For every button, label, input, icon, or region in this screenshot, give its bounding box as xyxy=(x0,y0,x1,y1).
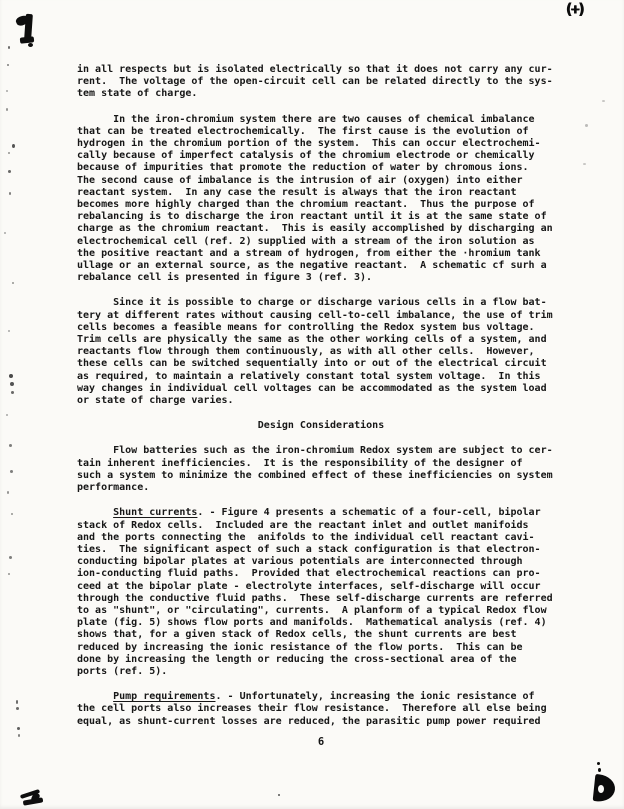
page-number: 6 xyxy=(77,736,565,748)
text-line: ceed at the bipolar plate - electrolyte … xyxy=(77,581,565,593)
ink-speck xyxy=(6,90,8,92)
paragraph: Shunt currents. - Figure 4 presents a sc… xyxy=(77,507,565,678)
ink-speck xyxy=(9,192,11,195)
text-line: cally because of imperfect catalysis of … xyxy=(77,150,565,162)
ink-speck xyxy=(6,108,8,111)
ink-speck xyxy=(4,232,6,234)
ink-speck xyxy=(12,282,14,284)
ink-speck xyxy=(8,46,10,49)
paragraph: Pump requirements. - Unfortunately, incr… xyxy=(77,691,565,728)
section-heading: Design Considerations xyxy=(77,420,565,432)
ink-mark-bottom-right xyxy=(593,762,619,802)
paragraph: in all respects but is isolated electric… xyxy=(77,64,565,101)
ink-speck xyxy=(6,414,8,416)
ink-mark-bottom-left xyxy=(20,790,48,807)
underlined-run: Pump requirements xyxy=(113,691,215,702)
ink-speck xyxy=(11,513,13,515)
ink-speck xyxy=(10,382,14,386)
ink-speck xyxy=(8,170,11,173)
text-line: such a system to minimize the combined e… xyxy=(77,470,565,482)
ink-highlight xyxy=(598,785,604,793)
text-line: reactants flow through them continuously… xyxy=(77,346,565,358)
text-line: ion-conducting fluid paths. Provided tha… xyxy=(77,568,565,580)
text-line: rent. The voltage of the open-circuit ce… xyxy=(77,76,565,88)
ink-speck xyxy=(7,64,9,66)
text-line: tain inherent inefficiencies. It is the … xyxy=(77,458,565,470)
text-line: hydrogen in the chromium portion of the … xyxy=(77,138,565,150)
scanned-document-page: (+) in all respects but is isolated elec… xyxy=(0,0,624,809)
ink-speck xyxy=(12,144,15,148)
text-line: becomes more highly charged than the chr… xyxy=(77,199,565,211)
text-line: cells becomes a feasible means for contr… xyxy=(77,322,565,334)
text-line: ports (ref. 5). xyxy=(77,666,565,678)
text-line: In the iron-chromium system there are tw… xyxy=(77,114,565,126)
text-line: the cell ports also increases their flow… xyxy=(77,703,565,715)
ink-speck xyxy=(8,573,10,575)
text-line: Flow batteries such as the iron-chromium… xyxy=(77,445,565,457)
text-line: rebalancing is to discharge the iron rea… xyxy=(77,211,565,223)
text-line: done by increasing the length or reducin… xyxy=(77,654,565,666)
ink-speck xyxy=(583,163,586,165)
text-line: as required, to maintain a relatively co… xyxy=(77,371,565,383)
ink-speck xyxy=(7,491,9,494)
text-line: ullage or an external source, as the neg… xyxy=(77,260,565,272)
text-line: or state of charge varies. xyxy=(77,395,565,407)
ink-speck xyxy=(10,470,13,473)
text-line: The second cause of imbalance is the int… xyxy=(77,175,565,187)
text-line: Since it is possible to charge or discha… xyxy=(77,297,565,309)
ink-speck xyxy=(602,100,605,102)
text-line: ties. The significant aspect of such a s… xyxy=(77,544,565,556)
ink-dot xyxy=(598,768,601,772)
text-line: reduced by increasing the ionic resistan… xyxy=(77,642,565,654)
text-line: the positive reactant and a stream of hy… xyxy=(77,248,565,260)
text-line: Pump requirements. - Unfortunately, incr… xyxy=(77,691,565,703)
ink-dot xyxy=(597,762,600,765)
text-line: to as "shunt", or "circulating", current… xyxy=(77,605,565,617)
text-line: Shunt currents. - Figure 4 presents a sc… xyxy=(77,507,565,519)
text-line: conducting bipolar plates at various pot… xyxy=(77,556,565,568)
ink-speck xyxy=(11,391,14,394)
ink-speck xyxy=(9,444,12,447)
ink-speck xyxy=(17,727,20,730)
text-line: electrochemical cell (ref. 2) supplied w… xyxy=(77,236,565,248)
ink-speck xyxy=(8,152,10,154)
ink-speck xyxy=(18,734,20,737)
text-line: plate (fig. 5) shows flow ports and mani… xyxy=(77,617,565,629)
ink-stroke xyxy=(593,774,617,803)
text-line: through the conductive fluid paths. Thes… xyxy=(77,593,565,605)
text-block: in all respects but is isolated electric… xyxy=(77,64,565,741)
ink-speck xyxy=(9,556,12,559)
text-line: rebalance cell is presented in figure 3 … xyxy=(77,272,565,284)
ink-speck xyxy=(16,707,19,710)
ink-dot xyxy=(28,43,33,47)
text-line: equal, as shunt-current losses are reduc… xyxy=(77,716,565,728)
text-line: way changes in individual cell voltages … xyxy=(77,383,565,395)
paragraph: Since it is possible to charge or discha… xyxy=(77,297,565,407)
text-line: these cells can be switched sequentially… xyxy=(77,358,565,370)
underlined-run: Shunt currents xyxy=(113,507,197,518)
paragraph: Flow batteries such as the iron-chromium… xyxy=(77,445,565,494)
text-line: stack of Redox cells. Included are the r… xyxy=(77,520,565,532)
ink-speck xyxy=(585,124,588,127)
ink-speck xyxy=(16,700,18,704)
ink-speck xyxy=(278,794,280,796)
text-line: because of impurities that promote the r… xyxy=(77,162,565,174)
ink-speck xyxy=(9,374,13,378)
corner-stamp: (+) xyxy=(565,2,584,19)
text-line: Trim cells are physically the same as th… xyxy=(77,334,565,346)
text-line: shows that, for a given stack of Redox c… xyxy=(77,629,565,641)
text-line: reactant system. In any case the result … xyxy=(77,187,565,199)
text-line: tem state of charge. xyxy=(77,88,565,100)
text-line: performance. xyxy=(77,482,565,494)
paragraph: In the iron-chromium system there are tw… xyxy=(77,114,565,285)
text-line: and the ports connecting the anifolds to… xyxy=(77,532,565,544)
text-line: charge as the chromium reactant. This is… xyxy=(77,223,565,235)
text-line: tery at different rates without causing … xyxy=(77,310,565,322)
text-line: in all respects but is isolated electric… xyxy=(77,64,565,76)
ink-speck xyxy=(8,330,10,332)
text-line: Design Considerations xyxy=(77,420,565,432)
ink-blob-top-left xyxy=(16,13,46,49)
text-line: that can be treated electrochemically. T… xyxy=(77,126,565,138)
